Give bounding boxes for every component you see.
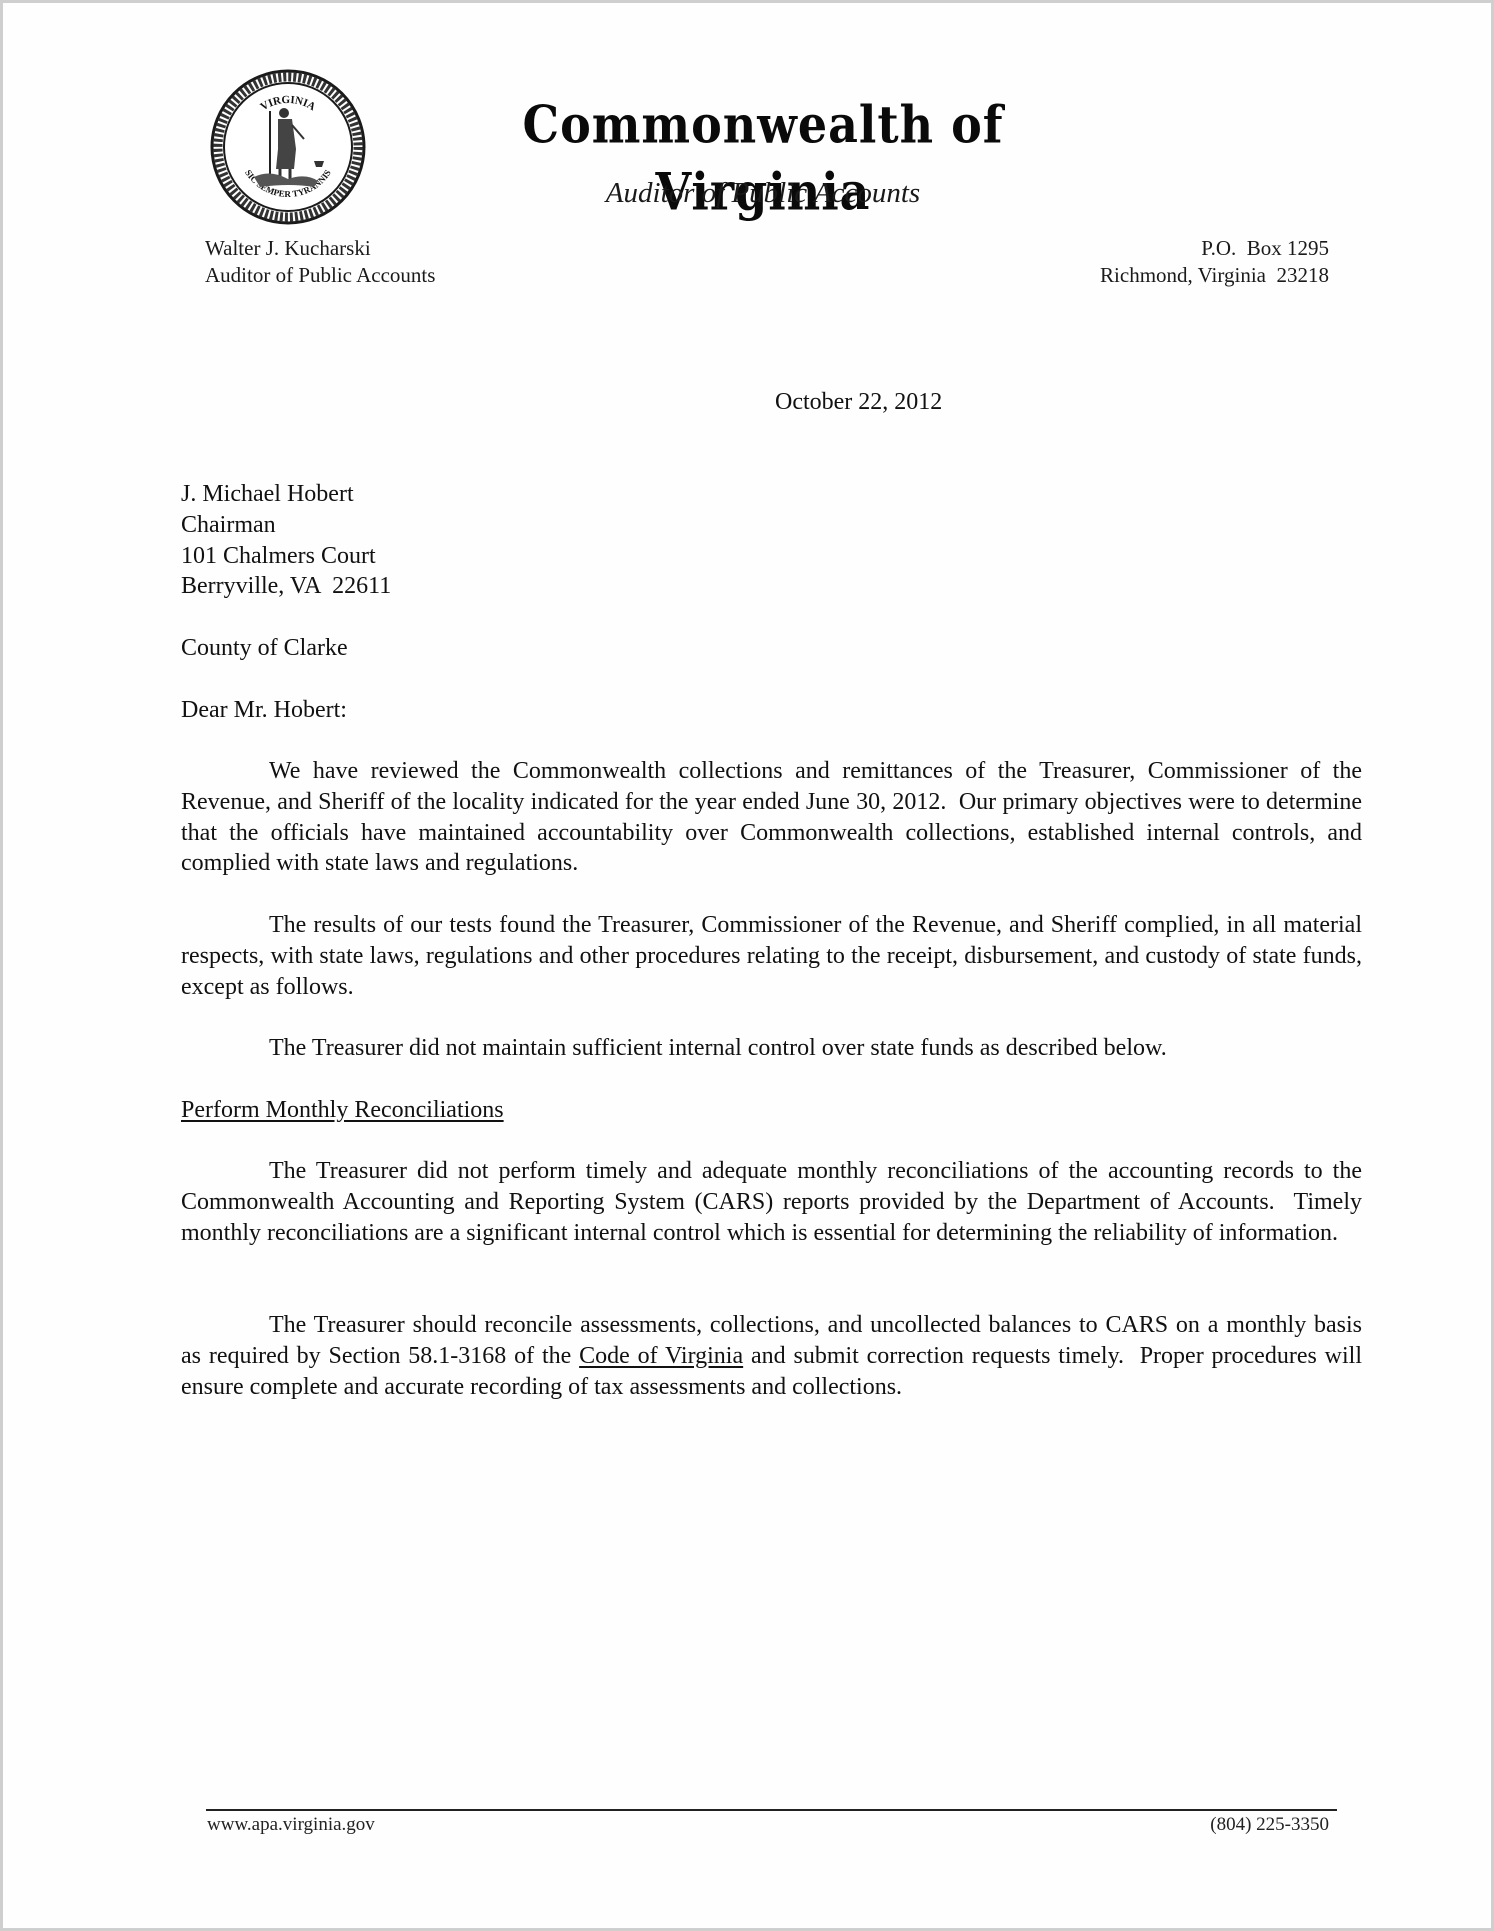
footer-divider: [206, 1809, 1337, 1811]
recipient-name: J. Michael Hobert: [181, 479, 391, 510]
recipient-title: Chairman: [181, 510, 391, 541]
office-address: P.O. Box 1295 Richmond, Virginia 23218: [1100, 235, 1329, 289]
paragraph-finding: The Treasurer did not perform timely and…: [181, 1156, 1362, 1248]
recipient-city: Berryville, VA 22611: [181, 571, 391, 602]
document-page: VIRGINIA SIC SEMPER TYRANNIS Commonwealt…: [0, 0, 1494, 1931]
recipient-street: 101 Chalmers Court: [181, 541, 391, 572]
paragraph-exception: The Treasurer did not maintain sufficien…: [181, 1033, 1362, 1064]
code-of-virginia-citation: Code of Virginia: [579, 1343, 743, 1369]
paragraph-results: The results of our tests found the Treas…: [181, 910, 1362, 1002]
locality: County of Clarke: [181, 633, 348, 664]
sender-title: Auditor of Public Accounts: [205, 262, 435, 289]
letterhead-subtitle: Auditor of Public Accounts: [433, 175, 1093, 211]
paragraph-scope: We have reviewed the Commonwealth collec…: [181, 756, 1362, 879]
paragraph-recommendation: The Treasurer should reconcile assessmen…: [181, 1310, 1362, 1402]
salutation: Dear Mr. Hobert:: [181, 695, 347, 726]
sender-name: Walter J. Kucharski: [205, 235, 435, 262]
footer-website: www.apa.virginia.gov: [207, 1813, 375, 1837]
virginia-state-seal-icon: VIRGINIA SIC SEMPER TYRANNIS: [210, 69, 366, 225]
sender-block: Walter J. Kucharski Auditor of Public Ac…: [205, 235, 435, 289]
city-state-zip: Richmond, Virginia 23218: [1100, 262, 1329, 289]
footer-phone: (804) 225-3350: [1210, 1813, 1329, 1837]
recipient-block: J. Michael Hobert Chairman 101 Chalmers …: [181, 479, 391, 602]
section-heading: Perform Monthly Reconciliations: [181, 1095, 504, 1126]
letter-date: October 22, 2012: [775, 387, 942, 418]
po-box: P.O. Box 1295: [1100, 235, 1329, 262]
